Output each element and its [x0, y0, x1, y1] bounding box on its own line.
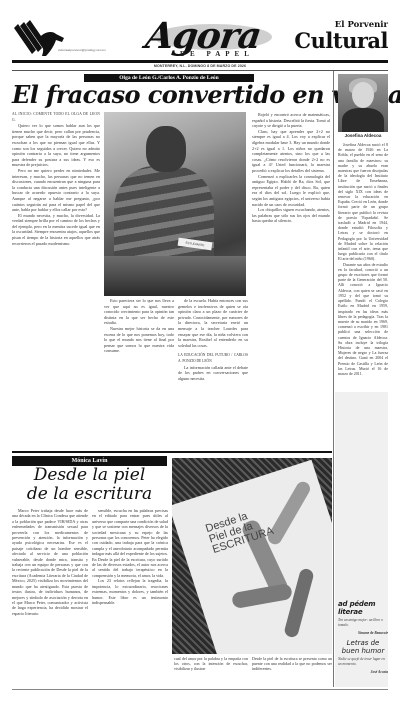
divider [12, 451, 332, 453]
photo-caption: Desde la piel de la escritura se present… [252, 656, 332, 680]
column-divider [333, 71, 334, 451]
article-column: Marco Peter trabaja desde hace más de un… [12, 508, 88, 684]
paragraph: Los 23 relatos reflejan la tragedia, la … [92, 578, 168, 605]
publication-subtitle: DE PAPEL [180, 50, 254, 58]
quote-text: Nadie se quejó de tener lugar en un mome… [338, 657, 388, 666]
divider [12, 70, 388, 71]
quote-author: José Acosta [338, 670, 388, 674]
paragraph: Claro, hay que aprender que 2+2 no siemp… [252, 129, 330, 174]
paragraph: Josefina Aldecoa nació el 8 de marzo de … [338, 142, 388, 262]
paragraph: Nuestra mejor historia se da en una esce… [104, 326, 174, 354]
article-photo: ESTUDIANTE [104, 112, 246, 296]
profile-bio: Josefina Aldecoa nació el 8 de marzo de … [338, 142, 388, 392]
publication-logo: Agora [143, 18, 262, 54]
paragraph: sensible, escucha en las palabras precis… [92, 508, 168, 578]
photo-caption: cual del amor por la palabra y la empatí… [174, 656, 248, 680]
article-column: Rojeló y encontró acerca de matemáticas,… [252, 112, 330, 448]
profile-name: Josefina Aldecoa [338, 133, 388, 138]
paragraph: Rojeló y encontró acerca de matemáticas,… [252, 112, 330, 129]
article-headline: Desde la piel de la escritura [12, 466, 167, 504]
quote-author: Simone de Beauvoir [338, 631, 388, 635]
column-divider [333, 451, 334, 687]
newspaper-page: culturaelporvenir@prodigy.net.mx Agora D… [12, 0, 388, 711]
headline-line: de la escritura [12, 485, 167, 504]
horse-logo-icon [14, 20, 66, 58]
paragraph: de la escuela. Había entonces con sus ge… [178, 298, 248, 348]
paragraph: Pero no me quiero perder en nimiedades. … [12, 168, 100, 213]
article-column: sensible, escucha en las palabras precis… [92, 508, 168, 684]
quote-title: ad pédem literae [338, 600, 388, 616]
quote-text: Ten un amigo mejor: un libro o tomalo. [338, 618, 388, 627]
section-name: Cultural [294, 30, 388, 52]
dateline: MONTERREY, N.L. DOMINGO 8 DE MARZO DE 20… [12, 64, 388, 68]
article-headline: El fracaso convertido en verdad [12, 82, 332, 108]
book-cover-photo: Desde la Piel de la ESCRITURA [172, 458, 332, 654]
article-column: Esto pareciera ser lo que nos lleva a ve… [104, 298, 174, 448]
headline-line: Desde la piel [12, 466, 167, 485]
paragraph: Los chiquillos siguen escuchando, atento… [252, 207, 330, 224]
article-lead: Al inicio: comenté todo el Olga de León … [12, 112, 100, 123]
masthead: culturaelporvenir@prodigy.net.mx Agora D… [12, 14, 388, 60]
divider [12, 60, 388, 63]
paragraph: Durante sus años de estudio en la facult… [338, 262, 388, 376]
paragraph: Esto pareciera ser lo que nos lleva a ve… [104, 298, 174, 326]
quote-title: Letras de buen humor [338, 639, 388, 655]
article-column: de la escuela. Había entonces con sus ge… [178, 298, 248, 448]
divider [12, 689, 388, 690]
paragraph: La información callada ante el debate de… [178, 365, 248, 382]
paragraph: El mundo necesita, y mucho, la diversida… [12, 213, 100, 247]
article-credit: La educación del futuro / Carlos A. Ponz… [178, 353, 248, 364]
paragraph: Quiero ver lo que somos hablar aun los q… [12, 123, 100, 168]
paragraph: Marco Peter trabaja desde hace más de un… [12, 508, 88, 616]
contact-email[interactable]: culturaelporvenir@prodigy.net.mx [58, 48, 106, 52]
profile-photo [338, 74, 388, 132]
paragraph: Comenzó a explicarles la cosmología del … [252, 174, 330, 208]
article-column: Al inicio: comenté todo el Olga de León … [12, 112, 100, 448]
quotes-box: ad pédem literae Ten un amigo mejor: un … [338, 600, 388, 684]
